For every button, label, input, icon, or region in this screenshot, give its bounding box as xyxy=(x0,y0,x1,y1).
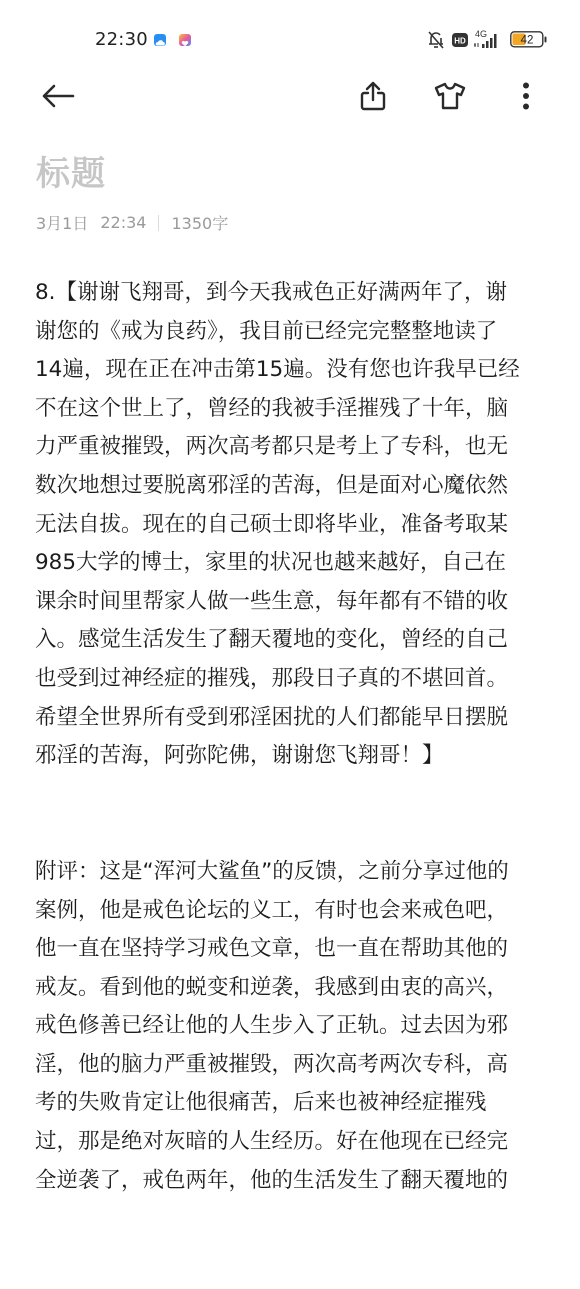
word-count: 1350字 xyxy=(171,211,228,234)
text-line: 全逆袭了，戒色两年，他的生活发生了翻天覆地的 xyxy=(35,1162,547,1201)
note-body[interactable]: 8.【谢谢飞翔哥，到今天我戒色正好满两年了，谢 谢您的《戒为良药》，我目前已经完… xyxy=(35,274,547,1200)
svg-text:HD: HD xyxy=(454,36,466,45)
text-line: 戒色修善已经让他的人生步入了正轨。过去因为邪 xyxy=(35,1007,547,1046)
blank-line xyxy=(35,776,547,815)
text-line: 希望全世界所有受到邪淫困扰的人们都能早日摆脱 xyxy=(35,699,547,738)
theme-button[interactable] xyxy=(430,78,470,118)
more-vertical-icon xyxy=(522,82,530,114)
note-time: 22:34 xyxy=(100,213,146,232)
text-line: 他一直在坚持学习戒色文章，也一直在帮助其他的 xyxy=(35,930,547,969)
note-meta: 3月1日 22:34 1350字 xyxy=(36,211,228,234)
text-line: 邪淫的苦海，阿弥陀佛，谢谢您飞翔哥！】 xyxy=(35,737,547,776)
svg-text:42: 42 xyxy=(521,35,534,47)
more-options-button[interactable] xyxy=(506,78,546,118)
text-line: 14遍，现在正在冲击第15遍。没有您也许我早已经 xyxy=(35,351,547,390)
svg-text:4G: 4G xyxy=(475,29,487,39)
note-date: 3月1日 xyxy=(36,211,88,234)
paragraph-commentary: 附评：这是“浑河大鲨鱼”的反馈，之前分享过他的 案例，他是戒色论坛的义工，有时也… xyxy=(35,853,547,1200)
share-icon xyxy=(360,81,386,115)
share-button[interactable] xyxy=(353,78,393,118)
tshirt-icon xyxy=(433,82,467,114)
meta-divider xyxy=(158,215,159,231)
signal-icon: 4G xyxy=(473,28,505,54)
text-line: 力严重被摧毁，两次高考都只是考上了专科，也无 xyxy=(35,428,547,467)
status-bar: 22:30 HD 4G xyxy=(0,0,580,80)
text-line: 淫，他的脑力严重被摧毁，两次高考两次专科，高 xyxy=(35,1046,547,1085)
text-line: 谢您的《戒为良药》，我目前已经完完整整地读了 xyxy=(35,313,547,352)
text-line: 数次地想过要脱离邪淫的苦海，但是面对心魔依然 xyxy=(35,467,547,506)
note-toolbar xyxy=(0,70,580,125)
text-line: 8.【谢谢飞翔哥，到今天我戒色正好满两年了，谢 xyxy=(35,274,547,313)
paragraph-testimonial: 8.【谢谢飞翔哥，到今天我戒色正好满两年了，谢 谢您的《戒为良药》，我目前已经完… xyxy=(35,274,547,776)
back-arrow-icon xyxy=(41,84,75,112)
text-line: 附评：这是“浑河大鲨鱼”的反馈，之前分享过他的 xyxy=(35,853,547,892)
text-line: 无法自拔。现在的自己硕士即将毕业，准备考取某 xyxy=(35,506,547,545)
blank-line xyxy=(35,814,547,853)
back-button[interactable] xyxy=(38,78,78,118)
text-line: 过，那是绝对灰暗的人生经历。好在他现在已经完 xyxy=(35,1123,547,1162)
gallery-app-icon xyxy=(179,34,191,46)
note-title[interactable]: 标题 xyxy=(36,146,106,195)
battery-icon: 42 xyxy=(510,31,548,52)
status-time: 22:30 xyxy=(95,29,148,50)
hd-icon: HD xyxy=(452,32,468,51)
text-line: 也受到过神经症的摧残，那段日子真的不堪回首。 xyxy=(35,660,547,699)
text-line: 入。感觉生活发生了翻天覆地的变化，曾经的自己 xyxy=(35,621,547,660)
bell-muted-icon xyxy=(426,29,446,55)
text-line: 案例，他是戒色论坛的义工，有时也会来戒色吧， xyxy=(35,892,547,931)
text-line: 戒友。看到他的蜕变和逆袭，我感到由衷的高兴， xyxy=(35,969,547,1008)
text-line: 985大学的博士，家里的状况也越来越好，自己在 xyxy=(35,544,547,583)
cloud-app-icon xyxy=(154,34,166,46)
text-line: 课余时间里帮家人做一些生意，每年都有不错的收 xyxy=(35,583,547,622)
text-line: 不在这个世上了，曾经的我被手淫摧残了十年，脑 xyxy=(35,390,547,429)
text-line: 考的失败肯定让他很痛苦，后来也被神经症摧残 xyxy=(35,1084,547,1123)
